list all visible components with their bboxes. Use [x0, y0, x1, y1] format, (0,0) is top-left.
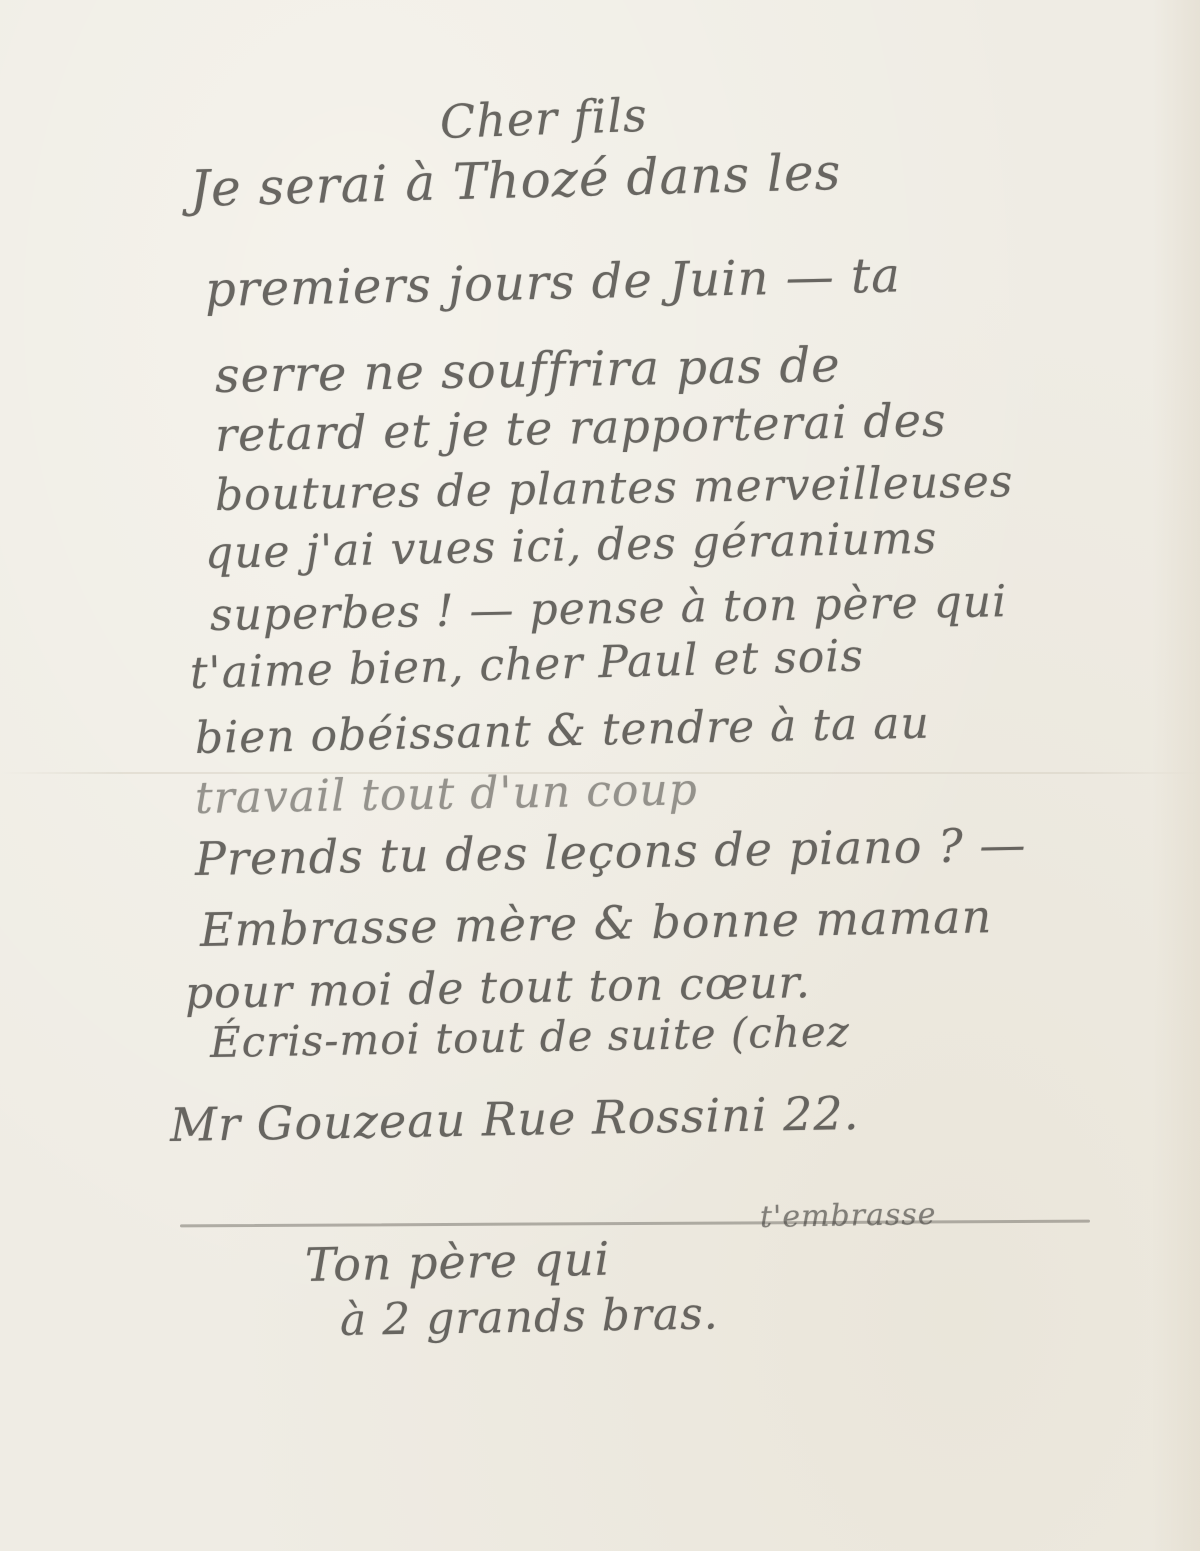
letter-line-3: serre ne souffrira pas de — [215, 337, 842, 404]
closing-line-1: Ton père qui — [304, 1232, 610, 1292]
closing-insert: t'embrasse — [760, 1197, 937, 1235]
salutation: Cher fils — [439, 88, 648, 149]
closing-line-2: à 2 grands bras. — [340, 1288, 720, 1346]
letter-line-10-faded: travail tout d'un coup — [195, 764, 699, 824]
